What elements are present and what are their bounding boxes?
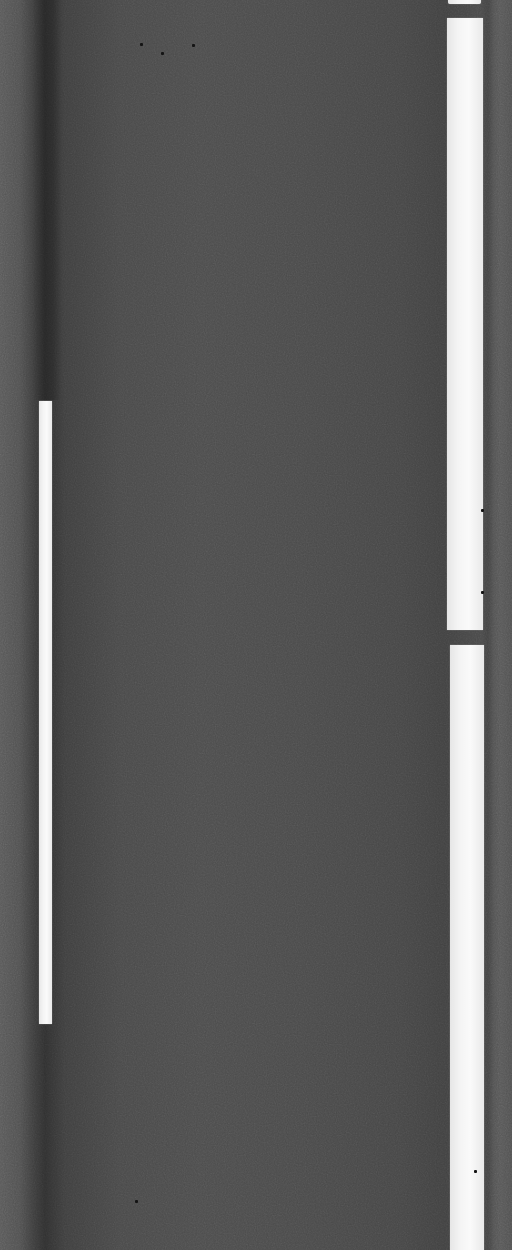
debris-speck: [474, 1170, 477, 1173]
debris-speck: [161, 52, 164, 55]
debris-speck: [135, 1200, 138, 1203]
debris-speck: [192, 44, 195, 47]
right-lane-dash-stub: [448, 0, 481, 4]
debris-speck: [481, 591, 484, 594]
debris-speck: [481, 509, 484, 512]
debris-speck: [140, 43, 143, 46]
right-lane-dash: [450, 645, 484, 1250]
right-lane-dash: [447, 18, 483, 630]
road-surface: [0, 0, 512, 1250]
tire-track-shadow-left: [32, 0, 62, 400]
left-lane-line: [39, 401, 52, 1024]
asphalt-texture: [0, 0, 512, 1250]
